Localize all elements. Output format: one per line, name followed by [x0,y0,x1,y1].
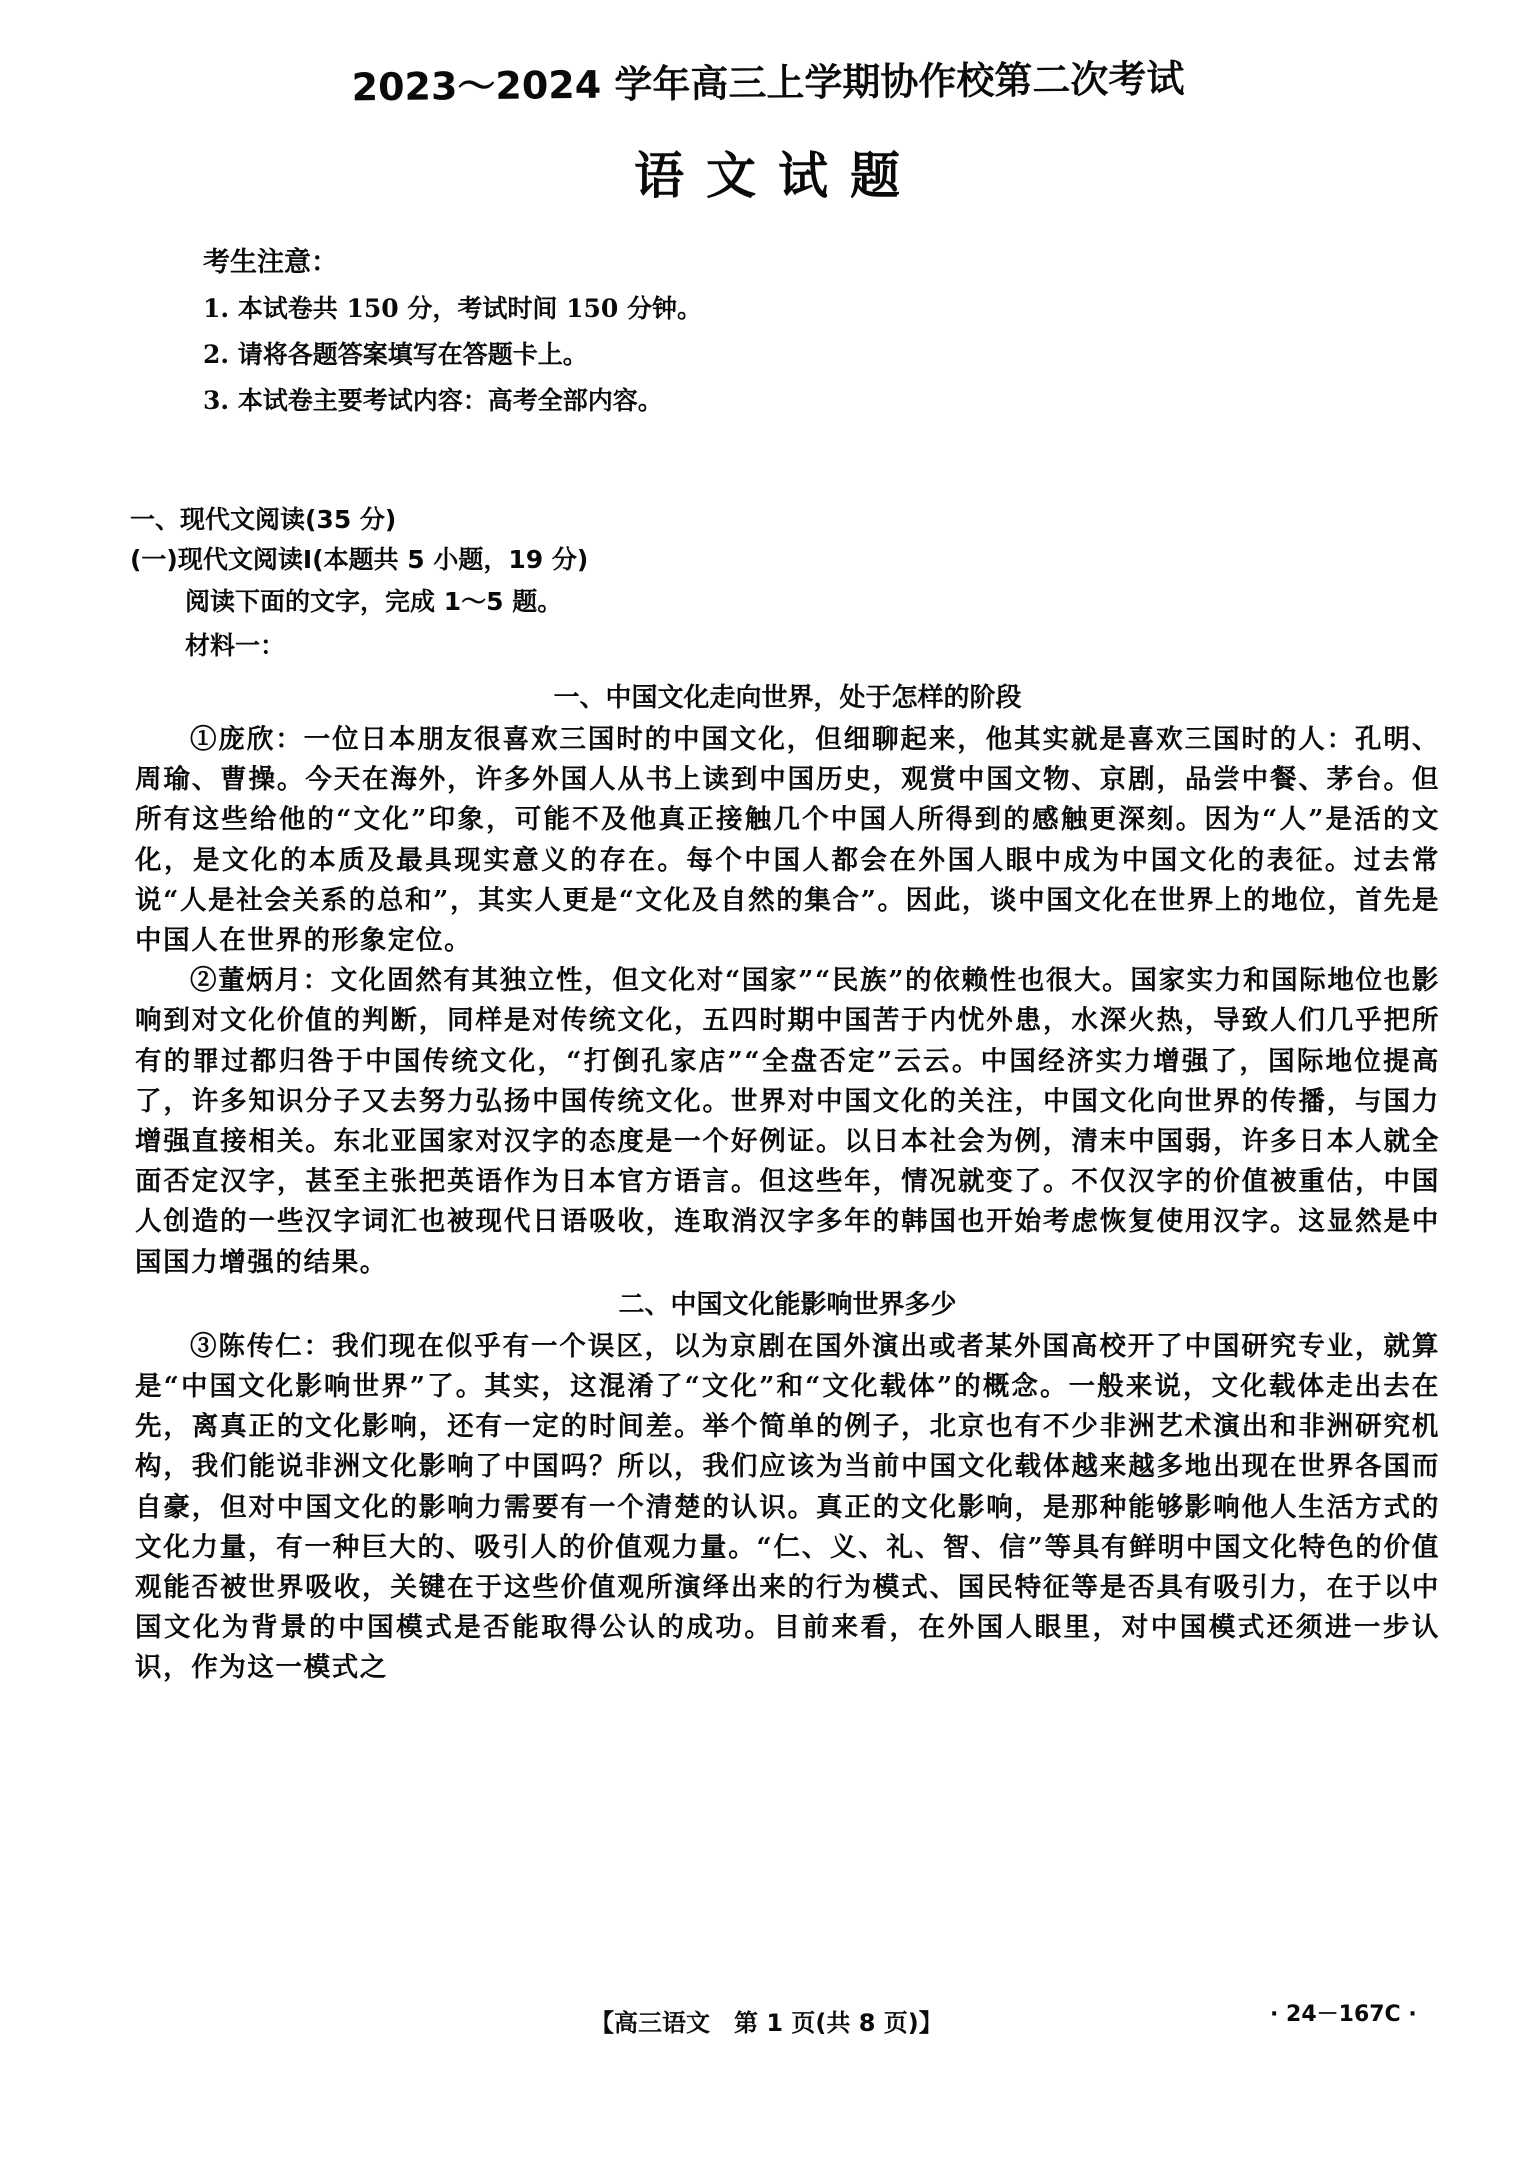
exam-page: 2023～2024 学年高三上学期协作校第二次考试 语文试题 考生注意： 1. … [0,0,1536,2181]
subsection-heading: (一)现代文阅读Ⅰ(本题共 5 小题，19 分) [130,540,1440,580]
exam-title: 2023～2024 学年高三上学期协作校第二次考试 [0,44,1536,115]
subject-title: 语文试题 [0,136,1536,208]
paragraph: ②董炳月：文化固然有其独立性，但文化对“国家”“民族”的依赖性也很大。国家实力和… [135,961,1440,1283]
reading-instruction: 阅读下面的文字，完成 1～5 题。 [130,580,1440,624]
material-label: 材料一： [130,624,1440,668]
material-one-body: 一、中国文化走向世界，处于怎样的阶段 ①庞欣：一位日本朋友很喜欢三国时的中国文化… [135,676,1440,1689]
paragraph: ①庞欣：一位日本朋友很喜欢三国时的中国文化，但细聊起来，他其实就是喜欢三国时的人… [135,720,1440,961]
section-modern-reading: 一、现代文阅读(35 分) (一)现代文阅读Ⅰ(本题共 5 小题，19 分) 阅… [130,500,1440,668]
part-heading: 二、中国文化能影响世界多少 [135,1283,1440,1327]
notice-item: 3. 本试卷主要考试内容：高考全部内容。 [203,378,702,424]
paper-code: · 24－167C · [1270,1997,1417,2028]
paragraph: ③陈传仁：我们现在似乎有一个误区，以为京剧在国外演出或者某外国高校开了中国研究专… [135,1327,1440,1689]
notice-heading: 考生注意： [203,240,702,286]
page-number-label: 【高三语文 第 1 页(共 8 页)】 [590,2003,943,2038]
section-heading: 一、现代文阅读(35 分) [130,500,1440,540]
candidate-notice: 考生注意： 1. 本试卷共 150 分，考试时间 150 分钟。 2. 请将各题… [203,240,702,424]
notice-item: 1. 本试卷共 150 分，考试时间 150 分钟。 [203,286,702,332]
part-heading: 一、中国文化走向世界，处于怎样的阶段 [135,676,1440,720]
notice-item: 2. 请将各题答案填写在答题卡上。 [203,332,702,378]
